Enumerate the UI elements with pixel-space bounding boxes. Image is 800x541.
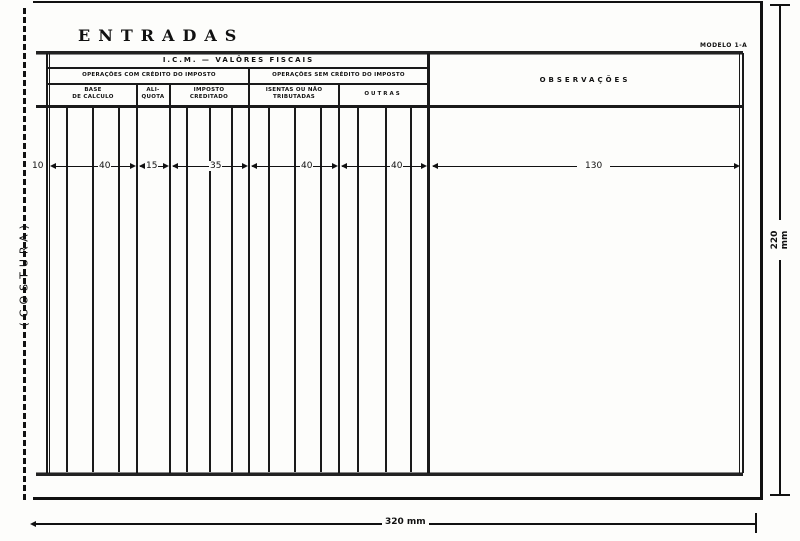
dim-line-isentas — [252, 166, 336, 167]
col-header-line1: BASE — [50, 87, 136, 94]
arrow-left-icon — [172, 163, 178, 169]
ruling-line — [118, 107, 120, 472]
arrow-right-icon — [734, 163, 740, 169]
ruling-line — [385, 107, 387, 472]
col-divider-outras-left — [338, 83, 340, 473]
height-dimension-cap-bottom — [770, 494, 790, 496]
arrow-left-icon — [432, 163, 438, 169]
col-header-line2: TRIBUTADAS — [250, 94, 338, 101]
ruling-line — [268, 107, 270, 472]
height-dimension-cap-top — [770, 4, 790, 6]
header-row1-divider — [48, 67, 428, 69]
col-header-line1: ISENTAS OU NÃO — [250, 87, 338, 94]
col-header-isentas: ISENTAS OU NÃO TRIBUTADAS — [250, 87, 338, 101]
form-right-border — [742, 53, 744, 473]
dim-line-base — [52, 166, 134, 167]
col-header-line2: QUOTA — [137, 94, 169, 101]
arrow-right-icon — [421, 163, 427, 169]
arrow-left-icon — [251, 163, 257, 169]
arrow-right-icon — [130, 163, 136, 169]
page-title: ENTRADAS — [78, 26, 244, 45]
arrow-right-icon — [332, 163, 338, 169]
col-header-outras: OUTRAS — [339, 91, 427, 98]
dim-aliquota: 15 — [145, 161, 158, 171]
arrow-left-icon — [341, 163, 347, 169]
ruling-line — [66, 107, 68, 472]
subgroup-without-credit: OPERAÇÕES SEM CRÉDITO DO IMPOSTO — [250, 72, 427, 79]
dim-outras: 40 — [390, 161, 403, 171]
group-header-icm: I.C.M. — VALÔRES FISCAIS — [50, 56, 427, 64]
arrow-left-icon — [30, 521, 36, 527]
page-frame-top — [33, 1, 761, 3]
col-header-aliquota: ALI- QUOTA — [137, 87, 169, 101]
subgroup-with-credit: OPERAÇÕES COM CRÉDITO DO IMPOSTO — [50, 72, 248, 79]
arrow-left-icon — [50, 163, 56, 169]
ruling-line — [92, 107, 94, 472]
dim-base-calculo: 40 — [98, 161, 111, 171]
dim-isentas: 40 — [300, 161, 313, 171]
ruling-line — [320, 107, 322, 472]
height-dimension-label: 220 mm — [770, 220, 790, 260]
col-header-line2: DE CALCULO — [50, 94, 136, 101]
col-header-line2: CREDITADO — [170, 94, 248, 101]
dim-margin: 10 — [31, 161, 44, 171]
page-frame-bottom — [33, 497, 763, 500]
width-dimension-cap — [755, 513, 757, 533]
dim-observacoes: 130 — [577, 161, 610, 171]
model-label: MODELO 1-A — [700, 42, 747, 49]
form-top-border — [36, 51, 743, 55]
observations-header: OBSERVAÇÕES — [430, 76, 740, 84]
ruling-line — [357, 107, 359, 472]
col-divider-aliquota-right — [169, 83, 171, 473]
subgroup-divider — [248, 67, 250, 473]
section-divider — [427, 53, 430, 473]
col-header-line1: IMPOSTO — [170, 87, 248, 94]
form-right-border-inner — [739, 53, 740, 473]
dim-line-outras — [342, 166, 425, 167]
col-header-base-calculo: BASE DE CALCULO — [50, 87, 136, 101]
page-frame-right — [760, 1, 763, 499]
arrow-right-icon — [163, 163, 169, 169]
header-bottom-border — [36, 105, 743, 108]
col-divider-aliquota-left — [136, 83, 138, 473]
binding-label: (COSTURA) — [18, 247, 31, 327]
form-left-border-inner — [49, 53, 50, 473]
arrow-right-icon — [242, 163, 248, 169]
ruling-line — [294, 107, 296, 472]
ruling-line — [186, 107, 188, 472]
form-bottom-border — [36, 472, 743, 476]
col-header-imposto-creditado: IMPOSTO CREDITADO — [170, 87, 248, 101]
ruling-line — [410, 107, 412, 472]
width-dimension-label: 320 mm — [382, 517, 429, 527]
dim-imposto-creditado: 35 — [209, 161, 222, 171]
form-left-border — [46, 53, 48, 473]
ruling-line — [231, 107, 233, 472]
col-header-line1: ALI- — [137, 87, 169, 94]
header-row2-divider — [48, 83, 428, 85]
